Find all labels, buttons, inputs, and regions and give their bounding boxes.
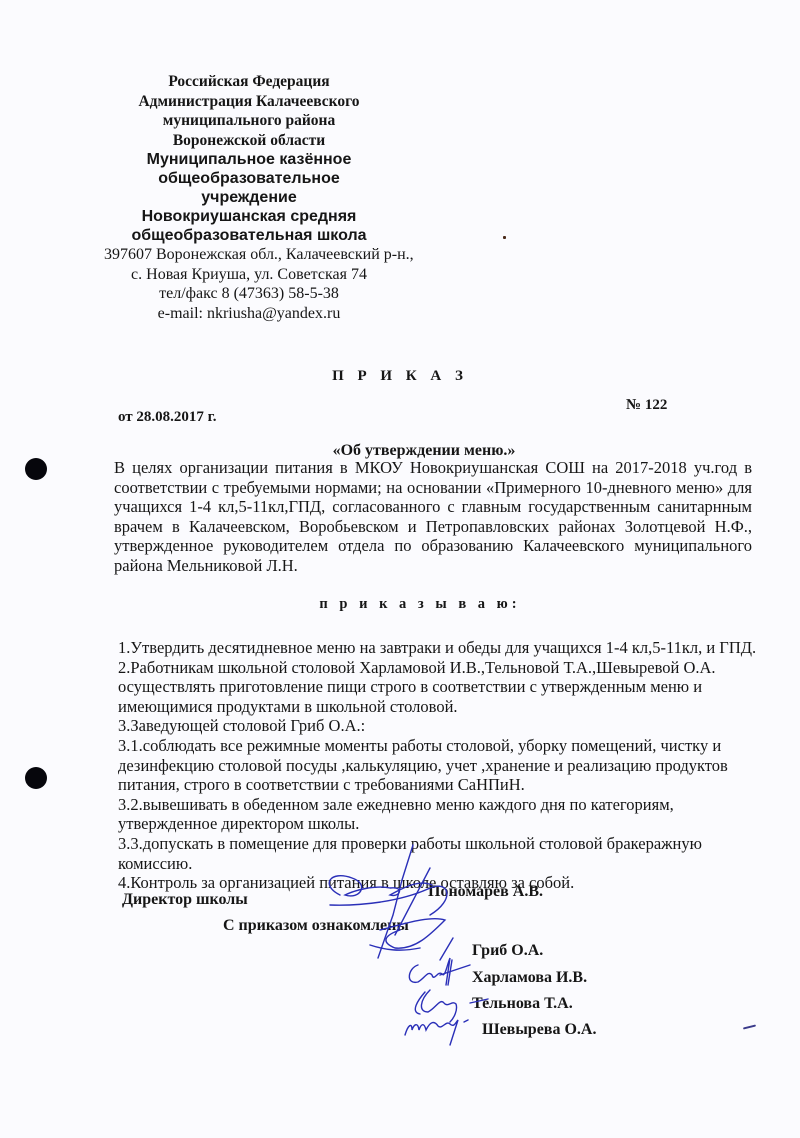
grib-signature: [440, 938, 453, 960]
preamble-paragraph: В целях организации питания в МКОУ Новок…: [114, 458, 752, 575]
shevyreva-signature: [405, 1020, 468, 1045]
letterhead: Российская Федерация Администрация Калач…: [104, 72, 394, 323]
letterhead-address: 397607 Воронежская обл., Калачеевский р-…: [104, 245, 394, 265]
preamble-line: врачем в Калачеевском, Воробьевском и Пе…: [114, 517, 752, 537]
preamble-line: соответствии с требуемыми нормами; на ос…: [114, 478, 752, 498]
order-item-line: дезинфекцию столовой посуды ,калькуляцию…: [118, 756, 756, 776]
letterhead-line: Муниципальное казённое: [104, 150, 394, 169]
letterhead-line: учреждение: [104, 188, 394, 207]
order-item-line: осуществлять приготовление пищи строго в…: [118, 677, 756, 697]
letterhead-line: муниципального района: [104, 111, 394, 131]
punch-hole-top: [25, 458, 47, 480]
scan-speck: [503, 236, 506, 239]
order-item-line: утвержденное директором школы.: [118, 814, 756, 834]
order-item-line: 3.Заведующей столовой Гриб О.А.:: [118, 716, 756, 736]
kharlamova-signature: [409, 958, 470, 985]
preamble-line: утвержденное руководителем отдела по обр…: [114, 536, 752, 556]
punch-hole-bottom: [25, 767, 47, 789]
director-name: Пономарев А.В.: [428, 883, 543, 901]
document-date: от 28.08.2017 г.: [118, 409, 217, 426]
order-item-line: 2.Работникам школьной столовой Харламово…: [118, 658, 756, 678]
letterhead-line: Воронежской области: [104, 131, 394, 151]
letterhead-line: Администрация Калачеевского: [104, 92, 394, 112]
document-number: № 122: [626, 397, 667, 414]
letterhead-address: с. Новая Криуша, ул. Советская 74: [104, 265, 394, 285]
order-item-line: 3.3.допускать в помещение для проверки р…: [118, 834, 756, 854]
order-item-line: 1.Утвердить десятидневное меню на завтра…: [118, 638, 756, 658]
letterhead-email: e-mail: nkriusha@yandex.ru: [104, 304, 394, 324]
letterhead-line: Новокриушанская средняя: [104, 207, 394, 226]
preamble-line: В целях организации питания в МКОУ Новок…: [114, 458, 752, 478]
acknowledged-name: Гриб О.А.: [472, 942, 543, 960]
acknowledged-label: С приказом ознакомлены: [223, 917, 409, 935]
pen-mark: [743, 1024, 756, 1029]
order-item-line: имеющимися продуктами в школьной столово…: [118, 697, 756, 717]
document-title: П Р И К А З: [0, 368, 800, 385]
order-item-line: комиссию.: [118, 854, 756, 874]
order-item-line: питания, строго в соответствии с требова…: [118, 775, 756, 795]
preamble-line: района Мельниковой Л.Н.: [114, 556, 752, 576]
director-label: Директор школы: [122, 891, 248, 909]
letterhead-line: Российская Федерация: [104, 72, 394, 92]
acknowledged-name: Харламова И.В.: [472, 969, 587, 987]
preamble-line: учащихся 1-4 кл,5-11кл,ГПД, согласованно…: [114, 497, 752, 517]
order-items: 1.Утвердить десятидневное меню на завтра…: [118, 638, 756, 893]
letterhead-phone: тел/факс 8 (47363) 58-5-38: [104, 284, 394, 304]
acknowledged-name: Шевырева О.А.: [482, 1021, 596, 1039]
order-item-line: 3.1.соблюдать все режимные моменты работ…: [118, 736, 756, 756]
letterhead-line: общеобразовательная школа: [104, 226, 394, 245]
acknowledged-name: Тельнова Т.А.: [472, 995, 573, 1013]
order-heading: п р и к а з ы в а ю:: [0, 596, 800, 613]
order-item-line: 3.2.вывешивать в обеденном зале ежедневн…: [118, 795, 756, 815]
letterhead-line: общеобразовательное: [104, 169, 394, 188]
